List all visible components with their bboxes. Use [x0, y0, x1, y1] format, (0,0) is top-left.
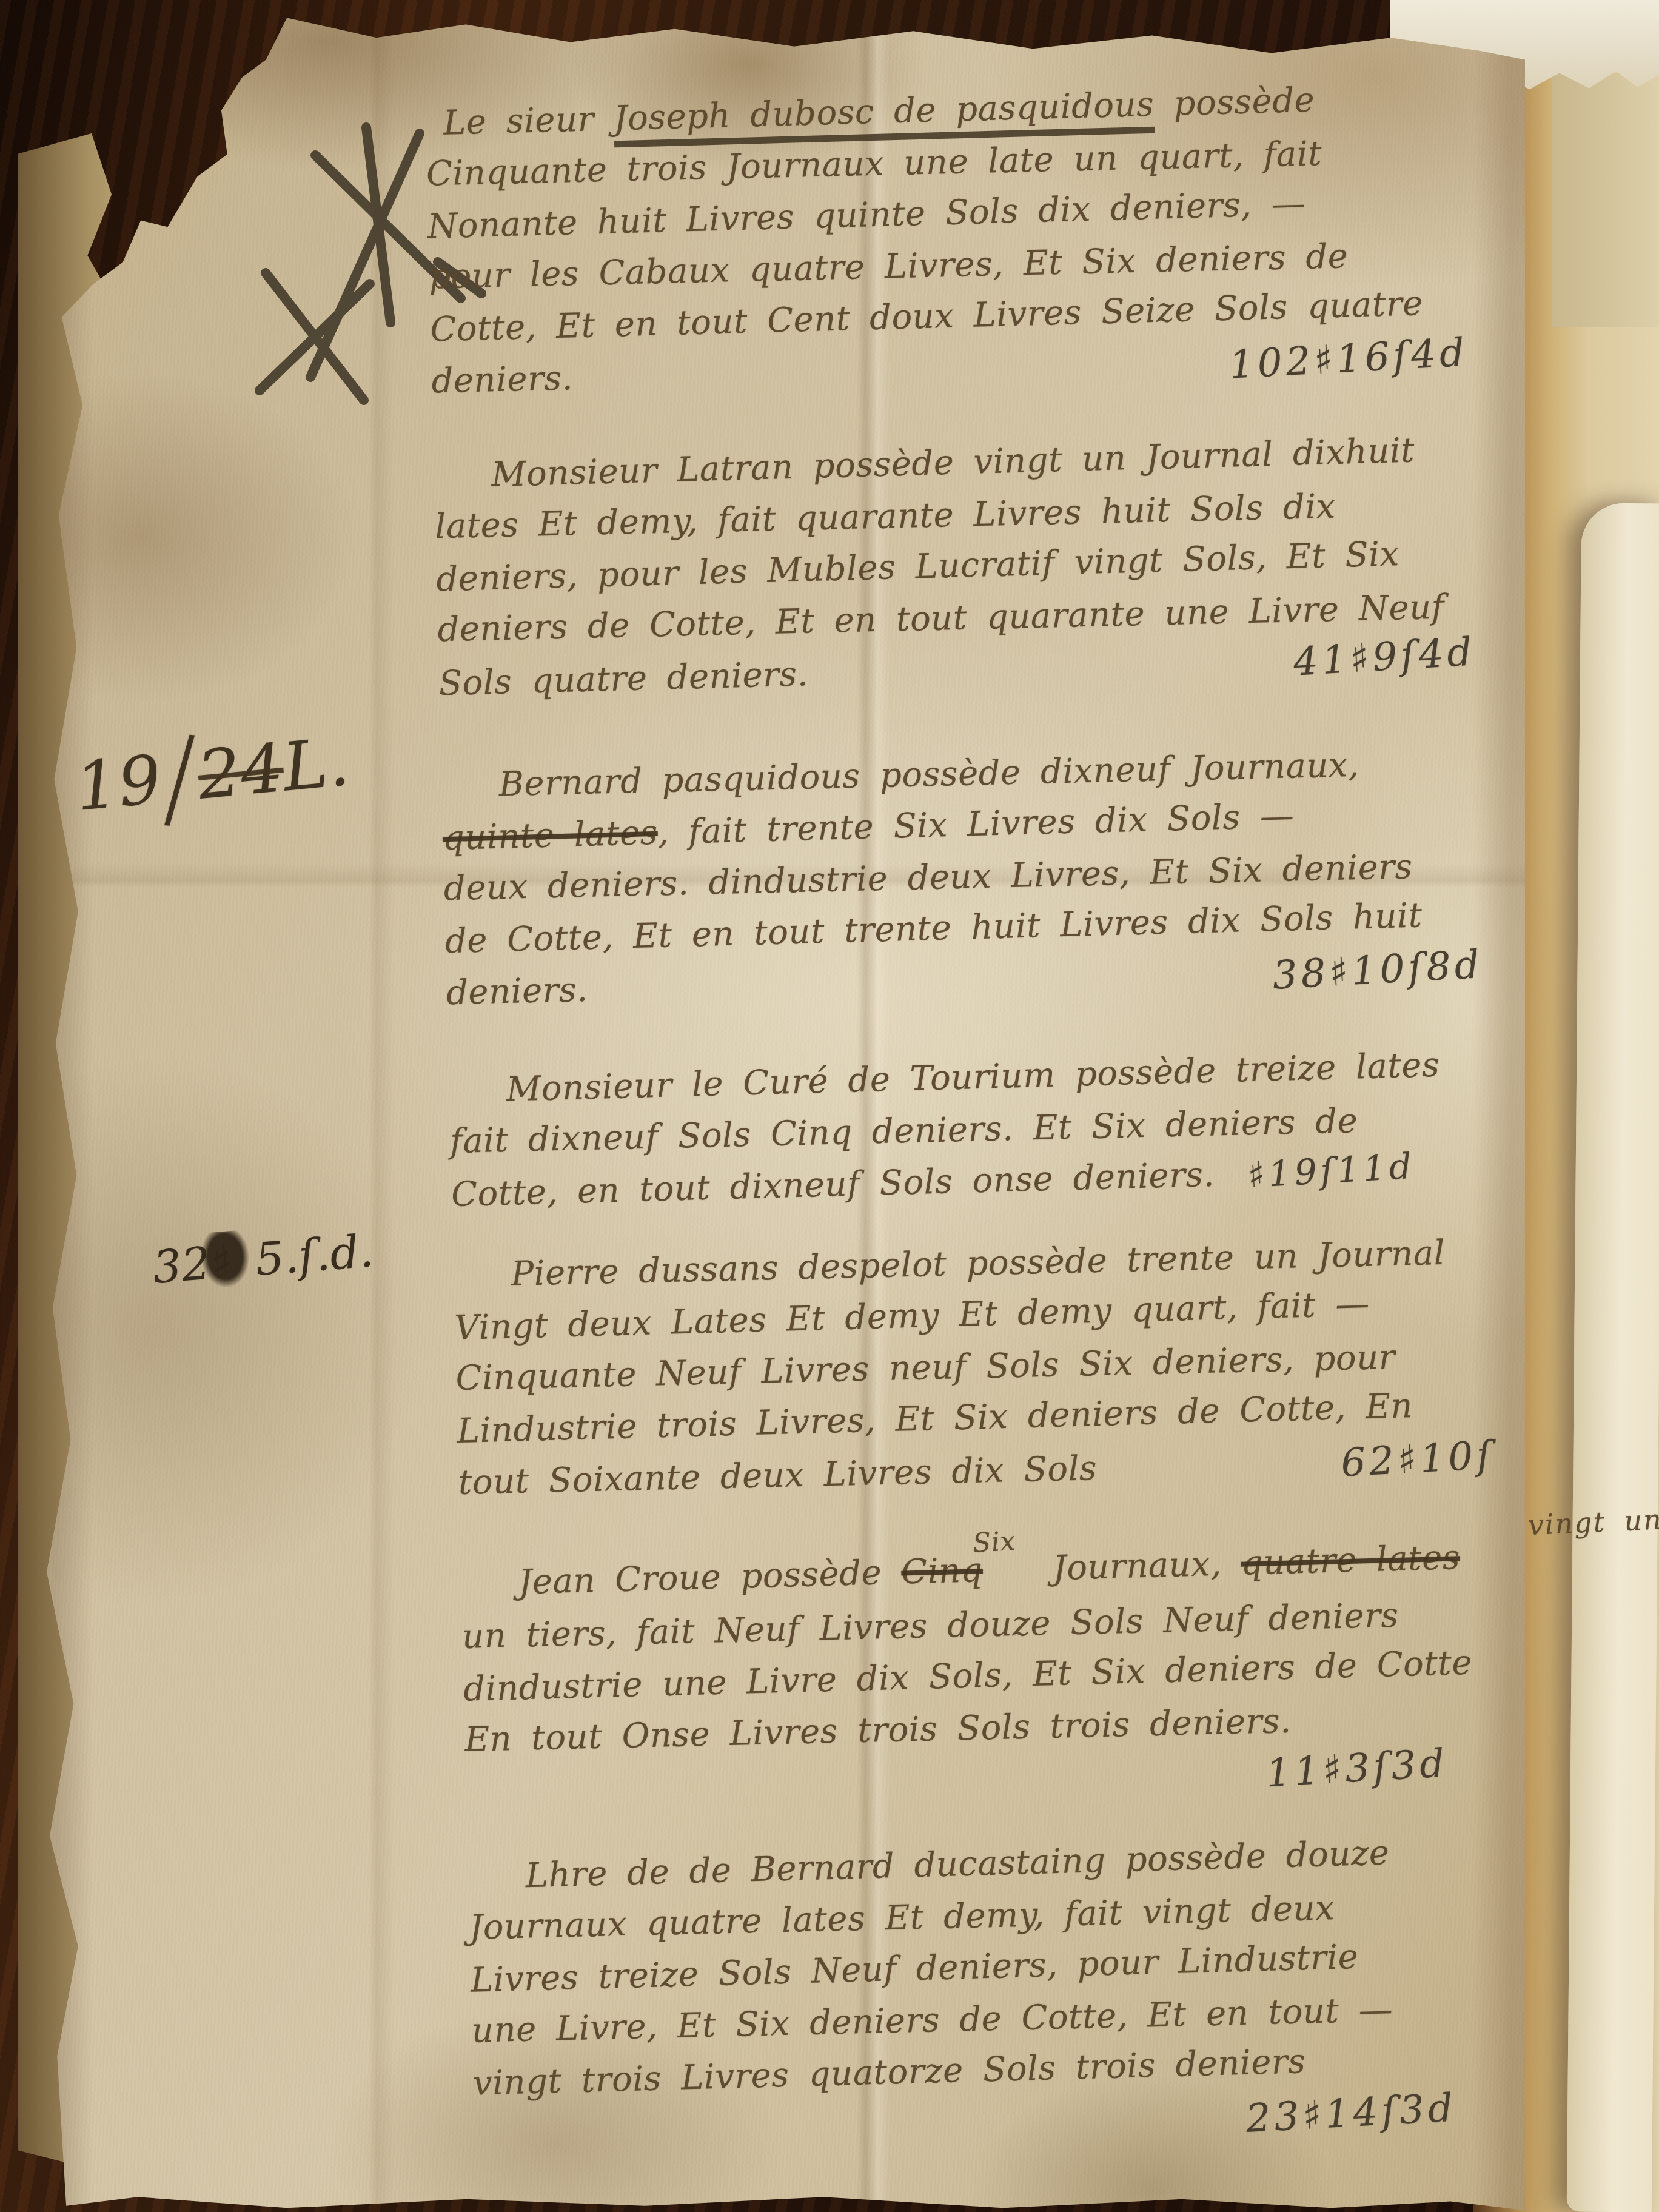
margin-note-text: 24 [195, 729, 287, 814]
margin-note-text: ♯ [209, 1236, 235, 1290]
manuscript-text: deniers. [431, 352, 573, 407]
struck-text: quatre lates [1241, 1538, 1461, 1583]
amount-total: 11♯3ſ3d [1264, 1738, 1449, 1800]
manuscript-text: deniers. [446, 964, 588, 1019]
manuscript-entries: Le sieur Joseph dubosc de pasquidous pos… [424, 74, 1421, 2202]
entry: 19/24L.Bernard pasquidous possède dixneu… [441, 737, 1393, 1019]
manuscript-text: Journaux, [1033, 1544, 1242, 1589]
manuscript-text: Sols quatre deniers. [438, 648, 809, 709]
entry: Lhre de de Bernard ducastaing possède do… [468, 1828, 1421, 2160]
loose-leaf-right [1567, 503, 1659, 2212]
manuscript-text: Le sieur [443, 99, 614, 142]
entry: 32♯ 5.ſ.d.Pierre dussans despelot possèd… [452, 1227, 1404, 1509]
amount-total: 62♯10ſ [1340, 1430, 1496, 1490]
entry: Jean Croue possède CinqSix Journaux, qua… [460, 1534, 1412, 1817]
amount-total: 23♯14ſ3d [1244, 2082, 1457, 2145]
struck-text: quinte lates [442, 813, 659, 858]
margin-note-text: 5.ſ.d. [230, 1225, 375, 1288]
margin-note-text: / [167, 733, 192, 822]
entry: Monsieur le Curé de Tourium possède trei… [448, 1041, 1398, 1219]
margin-note-text: 32 [151, 1238, 212, 1294]
entry: Monsieur Latran possède vingt un Journal… [433, 427, 1385, 709]
margin-note-text: 19 [73, 740, 165, 826]
amount-total: ♯19ſ11d [1246, 1141, 1416, 1202]
manuscript-text: , fait trente Six Livres dix Sols — [657, 796, 1295, 853]
page-stack-edge [1552, 73, 1659, 327]
amount-total: 41♯9ſ4d [1292, 626, 1476, 688]
margin-note: 19/24L. [74, 736, 352, 813]
inserted-text: Six [914, 1515, 1017, 1573]
manuscript-text: possède [1153, 81, 1315, 124]
margin-note-text: L. [280, 723, 354, 806]
manuscript-text: Jean Croue possède [518, 1553, 902, 1603]
entry: Le sieur Joseph dubosc de pasquidous pos… [424, 74, 1378, 407]
